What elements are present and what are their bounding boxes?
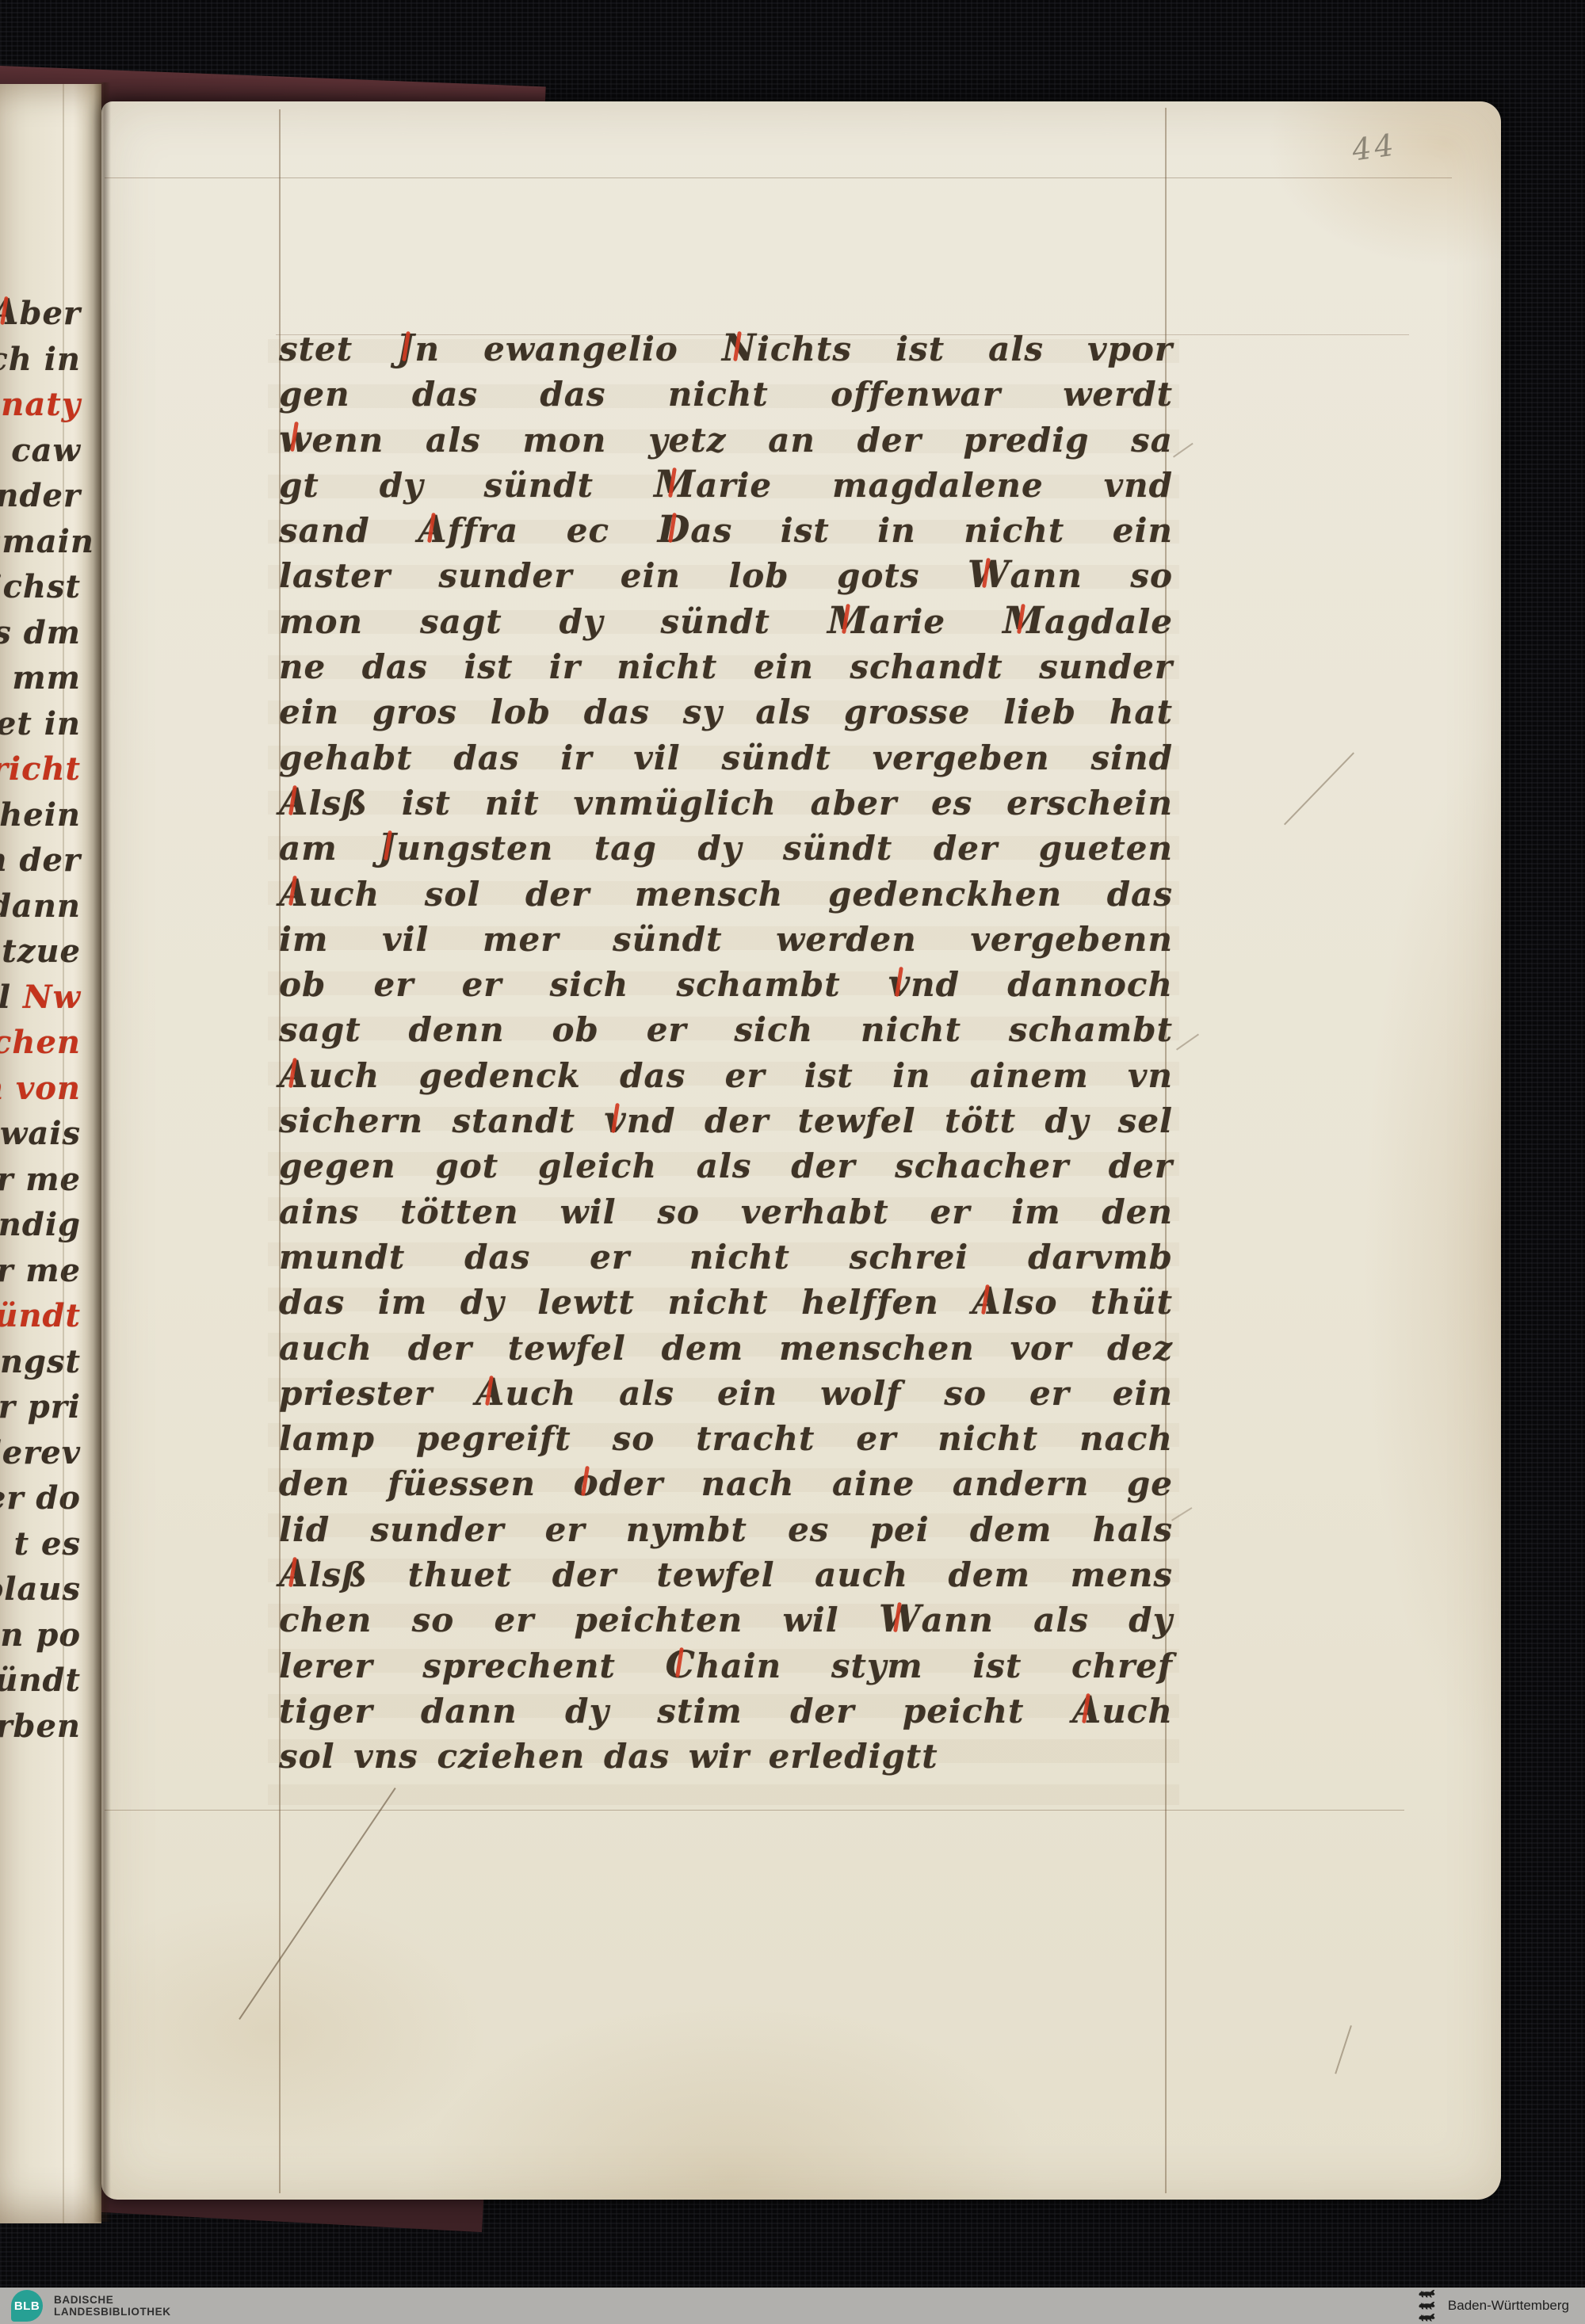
ink-text: er do xyxy=(0,1479,81,1517)
text-line: ob er er sich schambt vnd dannoch xyxy=(279,965,1173,1010)
rubricated-text: A xyxy=(972,1283,1002,1320)
ink-text: lsß ist nit vnmüglich aber es erschein xyxy=(309,784,1174,822)
text-line: ünder xyxy=(0,477,81,523)
rubricated-text: v xyxy=(888,965,911,1002)
ink-text: mundt das er nicht schrei darvmb xyxy=(279,1238,1173,1276)
text-line: sichern standt vnd der tewfel tött dy se… xyxy=(279,1101,1173,1147)
text-line: sagt denn ob er sich nicht schambt xyxy=(279,1010,1173,1055)
ink-text: ann so xyxy=(1010,556,1173,595)
text-line: lid sunder er nymbt es pei dem hals xyxy=(279,1510,1173,1555)
pen-stroke xyxy=(239,1788,395,2020)
ink-text: ne das ist ir nicht ein schandt sunder xyxy=(279,647,1173,686)
text-line: priester Auch als ein wolf so er ein xyxy=(279,1374,1173,1419)
text-line: Alsß thuet der tewfel auch dem mens xyxy=(279,1555,1173,1601)
text-line: den füessen oder nach aine andern ge xyxy=(279,1464,1173,1509)
ink-text: en po xyxy=(0,1616,81,1654)
ink-text: gt dy sündt xyxy=(279,466,654,505)
ink-text: er me xyxy=(0,1252,81,1289)
ink-text: t tzue xyxy=(0,933,81,970)
text-line: er pri xyxy=(0,1388,81,1434)
text-line: gt dy sündt Marie magdalene vnd xyxy=(279,466,1173,511)
text-line: sündt xyxy=(0,1662,81,1708)
text-line: er gmain xyxy=(0,523,81,569)
gutter-shadow xyxy=(94,82,111,2222)
ink-text: lsß thuet der tewfel auch dem mens xyxy=(309,1555,1174,1594)
text-line: schein xyxy=(0,796,81,842)
text-line: gehabt das ir vil sündt vergeben sind xyxy=(279,738,1173,784)
bw-branding: Baden-Württemberg xyxy=(1416,2288,1569,2323)
ruling-line-bottom xyxy=(105,1810,1404,1811)
text-line: Alsß ist nit vnmüglich aber es erschein xyxy=(279,784,1173,829)
text-line: angst xyxy=(0,1343,81,1389)
text-line: lamp pegreift so tracht er nicht nach xyxy=(279,1419,1173,1464)
ink-text: uch xyxy=(1102,1692,1173,1731)
ink-text: ichts ist als vpor xyxy=(757,330,1173,368)
ink-text: arie magdalene vnd xyxy=(696,466,1173,505)
text-line: y sündt xyxy=(0,1297,81,1343)
text-line: i wais xyxy=(0,1115,81,1161)
rubricated-text: J xyxy=(396,330,414,367)
ink-text: sol vns cziehen das wir erledigtt xyxy=(279,1737,938,1776)
rubricated-text: A xyxy=(279,875,309,912)
text-line: as dm xyxy=(0,614,81,660)
folio-number: 44 xyxy=(1350,127,1399,167)
ink-text: mm xyxy=(12,659,81,696)
ink-text: ann als dy xyxy=(922,1601,1173,1639)
text-line: auch der tewfel dem menschen vor dez xyxy=(279,1329,1173,1374)
blb-logo-icon: BLB xyxy=(11,2290,43,2322)
ink-text: ob er er sich schambt xyxy=(279,965,888,1004)
rubricated-text: w xyxy=(279,421,312,458)
footer-bar: BLB BADISCHE LANDESBIBLIOTHEK Baden-Würt… xyxy=(0,2288,1585,2324)
ink-text: gehabt das ir vil sündt vergeben sind xyxy=(279,738,1173,777)
ink-text: am xyxy=(279,829,378,868)
rubricated-text: W xyxy=(968,556,1010,593)
text-line: derev xyxy=(0,1434,81,1480)
ink-text: im vil mer sündt werden vergebenn xyxy=(279,920,1173,959)
ink-text: i wais xyxy=(0,1115,81,1152)
ink-text: laster sunder ein lob gots xyxy=(279,556,968,595)
ink-text: gegen got gleich als der schacher der xyxy=(279,1147,1173,1185)
ink-text: sichern standt xyxy=(279,1101,604,1140)
text-line: mm xyxy=(0,659,81,705)
ink-text: g caw xyxy=(0,432,81,469)
page-crease xyxy=(63,84,64,2223)
ink-text: ungsten tag dy sündt der gueten xyxy=(397,829,1173,868)
text-line: t es xyxy=(0,1525,81,1571)
ink-text: as dm xyxy=(0,614,81,651)
text-line: rben xyxy=(0,1708,81,1753)
rubricated-text: A xyxy=(279,1056,309,1093)
ink-text: chen so er peichten wil xyxy=(279,1601,879,1639)
ink-text: auch der tewfel dem menschen vor dez xyxy=(279,1329,1173,1368)
text-line: ains tötten wil so verhabt er im den xyxy=(279,1193,1173,1238)
rubricated-text: A xyxy=(1072,1692,1102,1729)
text-line: dnaty xyxy=(0,386,81,432)
ink-text: stet xyxy=(279,330,396,368)
ink-text: ünder xyxy=(0,477,81,514)
ink-text: tiger dann dy stim der peicht xyxy=(279,1692,1072,1731)
ink-text: t es xyxy=(14,1525,81,1563)
ink-text: lamp pegreift so tracht er nicht nach xyxy=(279,1419,1173,1458)
pen-stroke xyxy=(1284,752,1354,825)
ink-text: peichst xyxy=(0,568,81,605)
text-line: tiger dann dy stim der peicht Auch xyxy=(279,1692,1173,1737)
ink-text: angst xyxy=(0,1343,81,1380)
ink-text: colaus xyxy=(0,1570,81,1608)
manuscript-text-block: stet Jn ewangelio Nichts ist als vporgen… xyxy=(279,330,1173,1783)
text-line: Auch sol der mensch gedenckhen das xyxy=(279,875,1173,920)
text-line: ein gros lob das sy als grosse lieb hat xyxy=(279,693,1173,738)
digitized-manuscript-photo: m Aberich indnatyg cawünderer gmainpeich… xyxy=(0,0,1585,2324)
ink-text: ains tötten wil so verhabt er im den xyxy=(279,1193,1173,1231)
bw-lions-icon xyxy=(1416,2288,1440,2323)
rubricated-text: M xyxy=(654,466,696,503)
text-line: gegen got gleich als der schacher der xyxy=(279,1147,1173,1192)
text-line: im vil mer sündt werden vergebenn xyxy=(279,920,1173,965)
rubricated-text: spricht xyxy=(0,750,81,788)
ink-text: enn als mon yetz an der predig sa xyxy=(312,421,1174,460)
text-line: vriet in xyxy=(0,705,81,751)
ink-text: as ist in nicht ein xyxy=(690,511,1173,550)
bw-label: Baden-Württemberg xyxy=(1448,2298,1569,2314)
ink-text: uch gedenck das er ist in ainem vn xyxy=(309,1056,1174,1095)
text-line: mon sagt dy sündt Marie Magdale xyxy=(279,602,1173,647)
text-line: gen das das nicht offenwar werdt xyxy=(279,375,1173,420)
ink-text: lerer sprechent xyxy=(279,1647,666,1685)
ink-text: das im dy lewtt nicht helffen xyxy=(279,1283,972,1322)
text-line: laster sunder ein lob gots Wann so xyxy=(279,556,1173,601)
text-line: t tzue xyxy=(0,933,81,979)
blb-branding: BLB BADISCHE LANDESBIBLIOTHEK xyxy=(11,2288,171,2324)
previous-page-text-fragments: m Aberich indnatyg cawünderer gmainpeich… xyxy=(0,295,81,1753)
ink-text: hain stym ist chref xyxy=(696,1647,1173,1685)
ink-text: nd dannoch xyxy=(911,965,1173,1004)
blb-name-line1: BADISCHE xyxy=(54,2294,171,2307)
blb-name-line2: LANDESBIBLIOTHEK xyxy=(54,2306,171,2318)
ink-text: rben xyxy=(0,1708,81,1745)
text-line: peichst xyxy=(0,568,81,614)
text-line: ne das ist ir nicht ein schandt sunder xyxy=(279,647,1173,693)
ruling-line-top xyxy=(105,177,1452,178)
text-line: am Jungsten tag dy sündt der gueten xyxy=(279,829,1173,874)
margin-tick xyxy=(1176,1033,1199,1050)
ink-text: uch als ein wolf so er ein xyxy=(506,1374,1173,1413)
text-line: ichen xyxy=(0,1024,81,1070)
ink-text: schein xyxy=(0,796,81,834)
ink-text: arie xyxy=(869,602,1003,641)
ink-text: er pri xyxy=(0,1388,81,1425)
ink-text: ffra ec xyxy=(448,511,658,550)
ink-text: den füessen xyxy=(279,1464,574,1503)
rubricated-text: v xyxy=(604,1101,626,1139)
rubricated-text: n von xyxy=(0,1070,81,1107)
previous-page-edge: m Aberich indnatyg cawünderer gmainpeich… xyxy=(0,84,101,2223)
text-line: ich in xyxy=(0,341,81,387)
rubricated-text: A xyxy=(418,511,448,548)
rubricated-text: N xyxy=(722,330,757,367)
ink-text: priester xyxy=(279,1374,475,1413)
ink-text: ein gros lob das sy als grosse lieb hat xyxy=(279,693,1173,731)
rubricated-text: J xyxy=(378,829,396,866)
ink-text: der me xyxy=(0,1161,81,1198)
text-line: stet Jn ewangelio Nichts ist als vpor xyxy=(279,330,1173,375)
text-line: Auch gedenck das er ist in ainem vn xyxy=(279,1056,1173,1101)
blb-logo-text: BLB xyxy=(14,2299,40,2313)
pen-stroke xyxy=(1335,2025,1352,2074)
text-line: er me xyxy=(0,1252,81,1298)
text-line: der me xyxy=(0,1161,81,1207)
rubricated-text: A xyxy=(475,1374,506,1411)
rubricated-text: M xyxy=(1003,602,1045,639)
text-line: dann xyxy=(0,887,81,933)
ink-text: n ewangelio xyxy=(415,330,722,368)
ink-text: el xyxy=(0,979,23,1016)
rubricated-text: C xyxy=(666,1647,696,1684)
ink-text: gen das das nicht offenwar werdt xyxy=(279,375,1173,414)
rubricated-text: A xyxy=(279,784,309,821)
rubricated-text: M xyxy=(827,602,869,639)
ink-text: wendig xyxy=(0,1206,81,1243)
rubricated-text: Nw xyxy=(23,979,81,1016)
text-line: mundt das er nicht schrei darvmb xyxy=(279,1238,1173,1283)
rubricated-text: ichen xyxy=(0,1024,81,1061)
ink-text: dann xyxy=(0,887,81,925)
text-line: m Aber xyxy=(0,295,81,341)
rubricated-text: o xyxy=(574,1464,599,1502)
ink-text: der nach aine andern ge xyxy=(599,1464,1173,1503)
rubricated-text: D xyxy=(658,511,691,548)
text-line: lerer sprechent Chain stym ist chref xyxy=(279,1647,1173,1692)
ink-text: derev xyxy=(0,1434,81,1471)
ink-text: mon sagt dy sündt xyxy=(279,602,827,641)
ink-text: lid sunder er nymbt es pei dem hals xyxy=(279,1510,1173,1549)
ink-text: er gmain xyxy=(0,523,94,560)
text-line: wendig xyxy=(0,1206,81,1252)
text-line: wenn als mon yetz an der predig sa xyxy=(279,421,1173,466)
manuscript-page: 44 stet Jn ewangelio Nichts ist als vpor… xyxy=(101,101,1501,2200)
ink-text: uch sol der mensch gedenckhen das xyxy=(309,875,1174,914)
ink-text: vriet in xyxy=(0,705,81,742)
ink-text: sündt xyxy=(0,1662,81,1699)
text-line: er do xyxy=(0,1479,81,1525)
blb-library-name: BADISCHE LANDESBIBLIOTHEK xyxy=(54,2294,171,2318)
text-line: sand Affra ec Das ist in nicht ein xyxy=(279,511,1173,556)
ink-text: n der xyxy=(0,841,81,879)
text-line: colaus xyxy=(0,1570,81,1616)
text-line: en po xyxy=(0,1616,81,1662)
ink-text: ber xyxy=(20,295,82,332)
text-line: n von xyxy=(0,1070,81,1116)
ink-text: agdale xyxy=(1045,602,1173,641)
text-line: el Nw xyxy=(0,979,81,1025)
rubricated-text: sündt xyxy=(0,1297,81,1334)
rubricated-text: dnaty xyxy=(0,386,81,423)
text-line: sol vns cziehen das wir erledigtt xyxy=(279,1737,1173,1782)
text-line: g caw xyxy=(0,432,81,478)
rubricated-text: W xyxy=(879,1601,922,1638)
ink-text: sagt denn ob er sich nicht schambt xyxy=(279,1010,1173,1049)
ink-text: ich in xyxy=(0,341,81,378)
rubricated-text: A xyxy=(0,295,20,330)
text-line: n der xyxy=(0,841,81,887)
text-line: das im dy lewtt nicht helffen Also thüt xyxy=(279,1283,1173,1328)
ink-text: sand xyxy=(279,511,418,550)
ink-text: nd der tewfel tött dy sel xyxy=(627,1101,1173,1140)
rubricated-text: A xyxy=(279,1555,309,1593)
ink-text: lso thüt xyxy=(1002,1283,1173,1322)
text-line: chen so er peichten wil Wann als dy xyxy=(279,1601,1173,1646)
text-line: spricht xyxy=(0,750,81,796)
